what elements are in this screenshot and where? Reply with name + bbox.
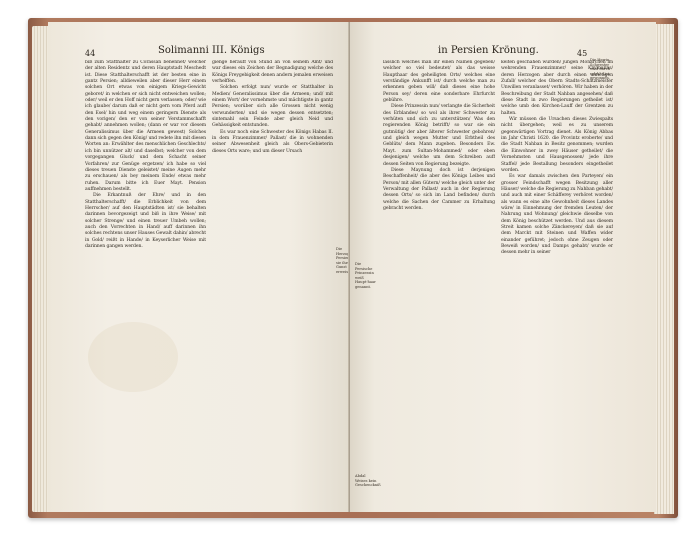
left-page-column-2: gienge herauff von Stund an von seinem A… — [212, 60, 333, 486]
paragraph: biß zum Statthalter zu Corassan benennet… — [85, 60, 206, 193]
paragraph: gienge herauff von Stund an von seinem A… — [212, 60, 333, 85]
right-running-head: in Persien Krönung. — [438, 45, 539, 56]
right-marginal-note-1: Die Persische Prinzessin weiß Haupt-haar… — [355, 262, 377, 290]
open-book: 44 Solimanni III. Königs biß zum Stattha… — [28, 18, 678, 518]
paragraph: Solchen erfolgt nun/ wurde er Statthalte… — [212, 85, 333, 129]
paragraph: Es war noch eine Schwester des Königs Ha… — [212, 130, 333, 155]
left-page-number: 44 — [85, 49, 95, 58]
paragraph: Es war damals zwischen den Parteyen/ ein… — [501, 174, 613, 256]
right-marginal-note-2: Abdal Weises kein Geschenckniß — [355, 474, 377, 488]
paragraph: Diese Maynung doch ist derjenigen Bescha… — [383, 168, 495, 212]
left-page: 44 Solimanni III. Königs biß zum Stattha… — [48, 22, 350, 512]
paragraph: keiten geschahen wurden/ jungen Monarche… — [501, 60, 613, 117]
paragraph: lässlich welches man ihr einen Namen geg… — [383, 60, 495, 104]
paragraph: Diese Prinzessin nun/ verlangte die Sich… — [383, 104, 495, 167]
right-page-column-2: keiten geschahen wurden/ jungen Monarche… — [501, 60, 613, 492]
right-page: in Persien Krönung. 45 Die Herrin Schwes… — [350, 22, 656, 512]
page-edges-right — [654, 24, 674, 514]
paragraph: Die Erkantnuß der Ehre/ und in den Statt… — [85, 193, 206, 250]
right-page-number: 45 — [577, 49, 587, 58]
left-running-head: Solimanni III. Königs — [158, 45, 265, 56]
paragraph: Wir müssen die Ursachen dieses Zwiespalt… — [501, 117, 613, 174]
left-page-column-1: biß zum Statthalter zu Corassan benennet… — [85, 60, 206, 486]
right-page-column-1: lässlich welches man ihr einen Namen geg… — [383, 60, 495, 492]
